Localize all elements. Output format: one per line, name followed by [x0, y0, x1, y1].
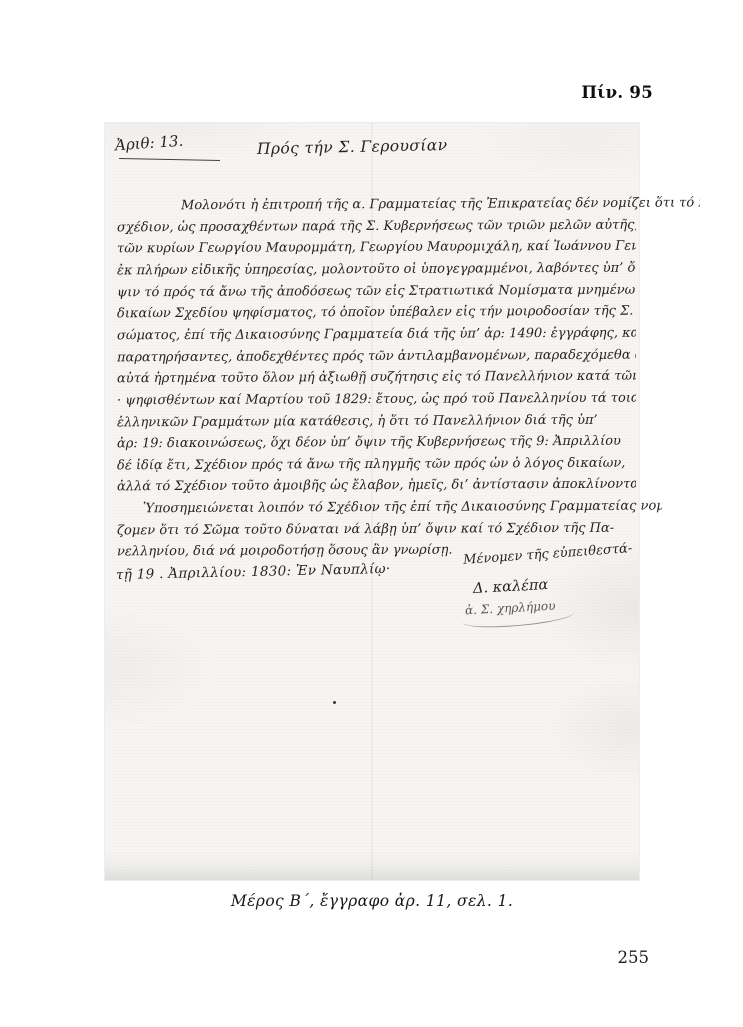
handwriting-lines: Μολονότι ἡ ἐπιτροπή τῆς α. Γραμματείας τ… — [117, 197, 636, 569]
plate-label: Πίν. 95 — [0, 83, 653, 102]
handwriting-line: ἀρ: 19: διακοινώσεως, ὅχι δέον ὑπ’ ὄψιν … — [117, 434, 636, 458]
figure-caption: Μέρος Β΄, ἔγγραφο ἀρ. 11, σελ. 1. — [105, 892, 639, 910]
handwriting-line: αὐτά ἠρτημένα τοῦτο ὅλον μή ἀξιωθῇ συζήτ… — [117, 369, 636, 393]
handwriting-line: ἑλληνικῶν Γραμμάτων μία κατάθεσις, ἡ ὅτι… — [117, 412, 636, 436]
handwriting-line: Ὑποσημειώνεται λοιπόν τό Σχέδιον τῆς ἐπί… — [117, 499, 662, 523]
book-page: Πίν. 95 Ἀριθ: 13. Πρός τήν Σ. Γερουσίαν … — [0, 0, 743, 1027]
handwriting-line: Μολονότι ἡ ἐπιτροπή τῆς α. Γραμματείας τ… — [117, 195, 700, 219]
handwriting-line: παρατηρήσαντες, ἀποδεχθέντες πρός τῶν ἀν… — [117, 347, 636, 371]
doc-number: Ἀριθ: 13. — [114, 132, 183, 155]
ink-speck — [333, 701, 336, 704]
handwriting-line: σχέδιον, ὡς προσαχθέντων παρά τῆς Σ. Κυβ… — [117, 217, 636, 241]
handwriting-line: σώματος, ἐπί τῆς Δικαιοσύνης Γραμματεία … — [117, 326, 636, 350]
signature: Δ. καλέπα — [473, 577, 549, 597]
handwriting-line: δικαίων Σχεδίου ψηφίσματος, τό ὁποῖον ὑπ… — [117, 304, 636, 328]
letter-heading: Πρός τήν Σ. Γερουσίαν — [257, 136, 448, 158]
manuscript-scan: Ἀριθ: 13. Πρός τήν Σ. Γερουσίαν Μολονότι… — [105, 123, 639, 880]
handwriting-line: ἀλλά τό Σχέδιον τοῦτο ἀμοιβῆς ὡς ἔλαβον,… — [117, 477, 636, 501]
handwriting-line: ψιν τό πρός τά ἄνω τῆς ἀποδόσεως τῶν εἰς… — [117, 282, 636, 306]
handwriting-line: δέ ἰδίᾳ ἔτι, Σχέδιον πρός τά ἄνω τῆς πλη… — [117, 455, 636, 479]
doc-number-underline — [119, 158, 220, 161]
handwriting-line: ζομεν ὅτι τό Σῶμα τοῦτο δύναται νά λάβῃ … — [117, 520, 636, 544]
handwriting-line: ἐκ πλήρων εἰδικῆς ὑπηρεσίας, μολοντοῦτο … — [117, 261, 636, 285]
page-number: 255 — [0, 948, 649, 967]
handwriting-line: · ψηφισθέντων καί Μαρτίου τοῦ 1829: ἔτου… — [117, 390, 636, 414]
handwriting-line: τῶν κυρίων Γεωργίου Μαυρομμάτη, Γεωργίου… — [117, 239, 636, 263]
